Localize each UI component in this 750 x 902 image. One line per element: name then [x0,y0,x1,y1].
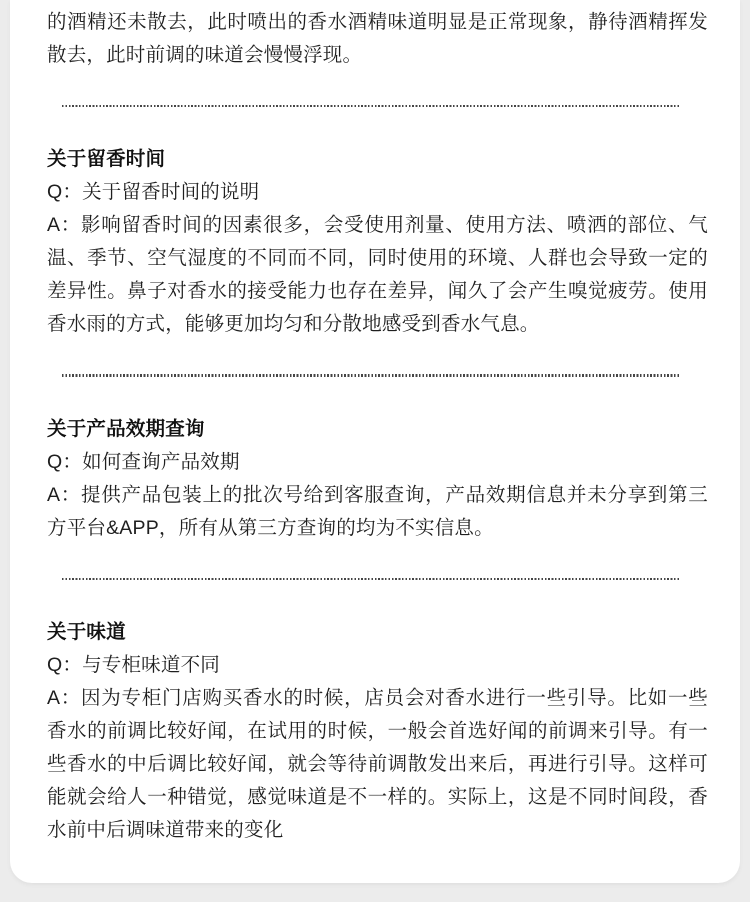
answer-text: A：提供产品包装上的批次号给到客服查询，产品效期信息并未分享到第三方平台&APP… [47,479,708,545]
faq-section-expiry-query: 关于产品效期查询 Q：如何查询产品效期 A：提供产品包装上的批次号给到客服查询，… [47,413,708,545]
faq-card: 的酒精还未散去，此时喷出的香水酒精味道明显是正常现象，静待酒精挥发散去，此时前调… [10,0,740,883]
answer-text: A：影响留香时间的因素很多，会受使用剂量、使用方法、喷洒的部位、气温、季节、空气… [47,209,708,341]
dotted-divider [62,578,679,580]
faq-section-lasting-time: 关于留香时间 Q：关于留香时间的说明 A：影响留香时间的因素很多，会受使用剂量、… [47,143,708,341]
section-heading: 关于留香时间 [47,143,708,176]
intro-paragraph-continuation: 的酒精还未散去，此时喷出的香水酒精味道明显是正常现象，静待酒精挥发散去，此时前调… [47,6,708,72]
question-line: Q：关于留香时间的说明 [47,176,708,209]
question-line: Q：与专柜味道不同 [47,649,708,682]
faq-section-scent: 关于味道 Q：与专柜味道不同 A：因为专柜门店购买香水的时候，店员会对香水进行一… [47,616,708,847]
dotted-divider [62,105,679,107]
section-heading: 关于产品效期查询 [47,413,708,446]
answer-text: A：因为专柜门店购买香水的时候，店员会对香水进行一些引导。比如一些香水的前调比较… [47,682,708,847]
dotted-divider [62,374,679,376]
question-line: Q：如何查询产品效期 [47,446,708,479]
section-heading: 关于味道 [47,616,708,649]
